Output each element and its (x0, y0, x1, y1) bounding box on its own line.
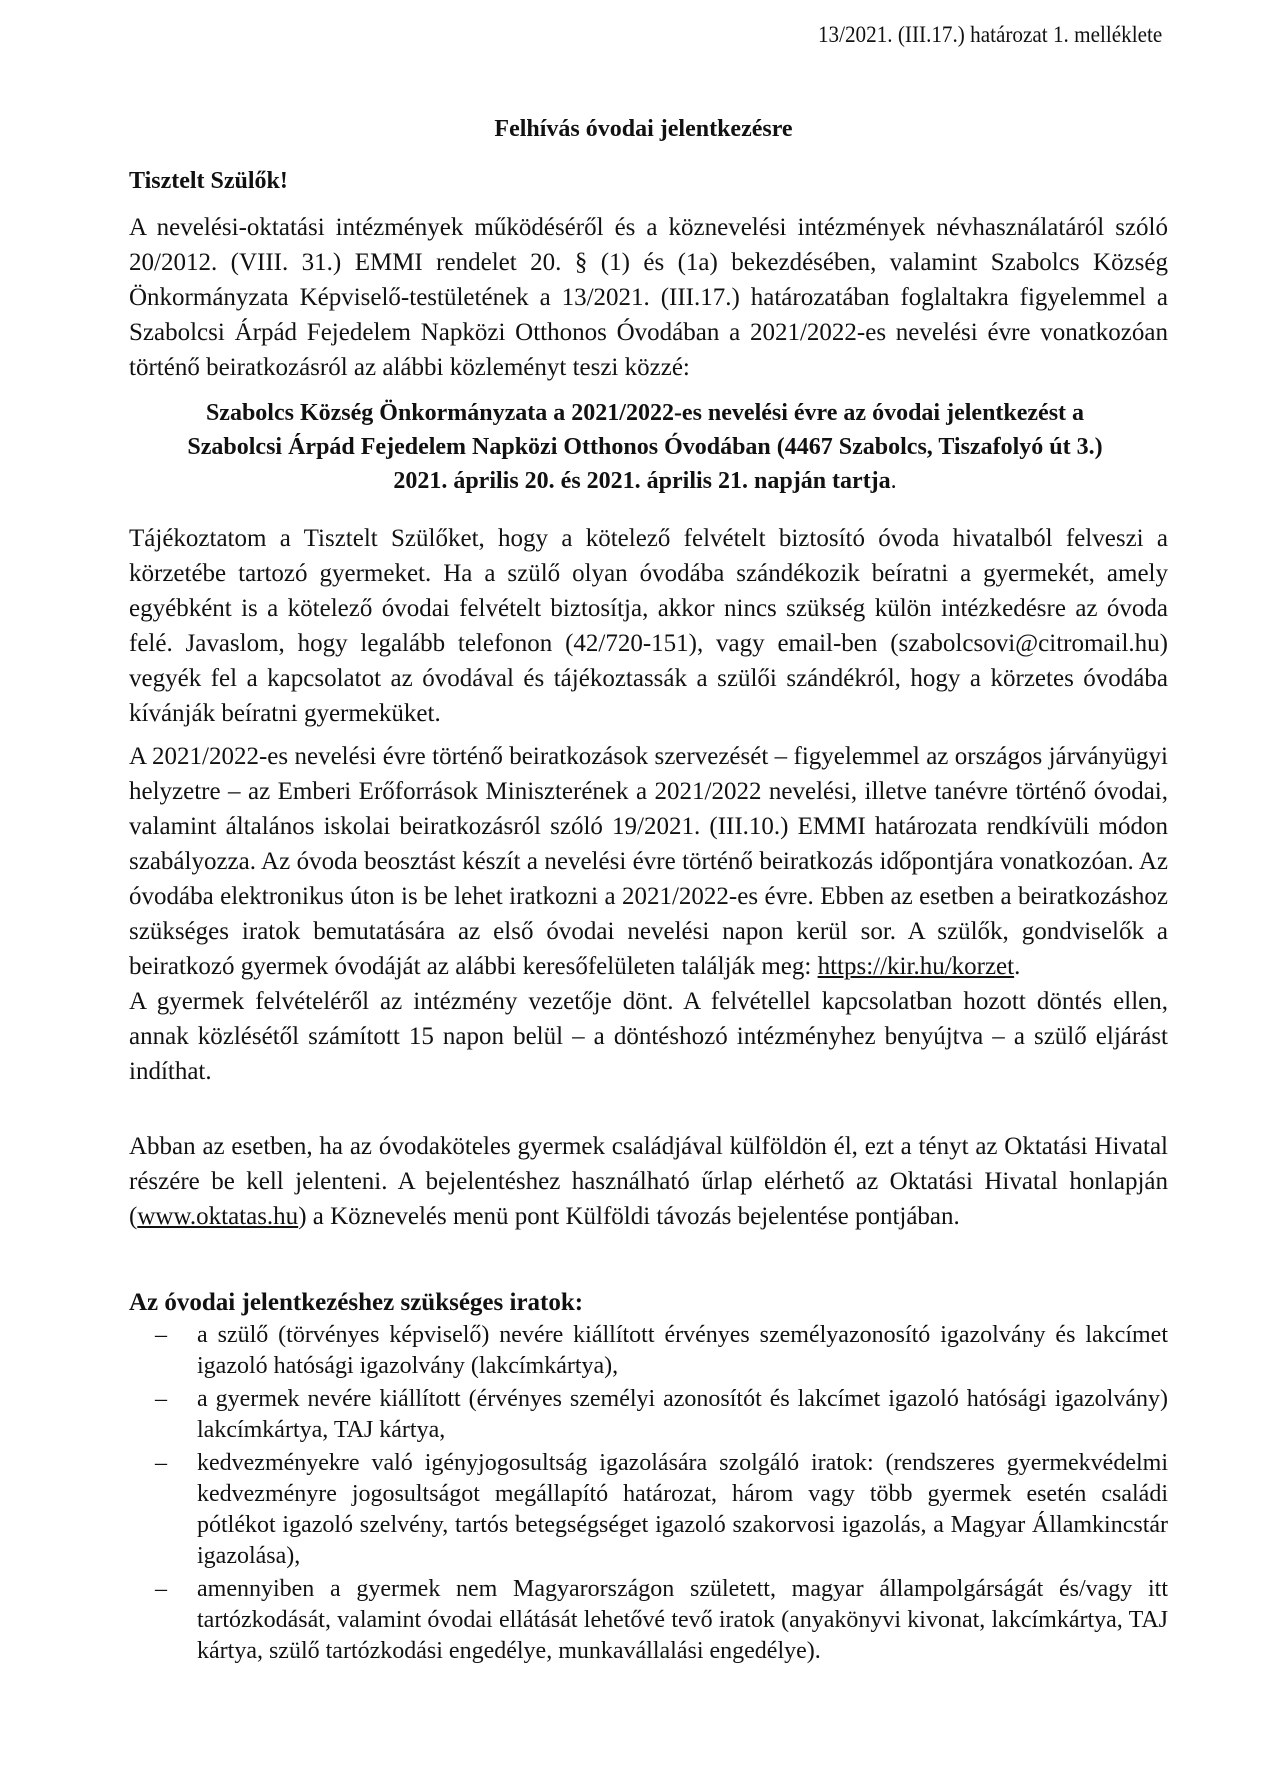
salutation: Tisztelt Szülők! (129, 166, 288, 196)
enrollment-paragraph-text: A 2021/2022-es nevelési évre történő bei… (129, 739, 1168, 984)
abroad-paragraph: Abban az esetben, ha az óvodaköteles gye… (129, 1129, 1168, 1234)
info-paragraph: Tájékoztatom a Tisztelt Szülőket, hogy a… (129, 521, 1168, 731)
decision-paragraph-text: A gyermek felvételéről az intézmény veze… (129, 984, 1168, 1089)
dash-bullet-icon: – (155, 1384, 167, 1415)
announcement-line-2: Szabolcsi Árpád Fejedelem Napközi Otthon… (110, 430, 1180, 464)
announcement-period: . (891, 468, 897, 494)
requirements-item: –a szülő (törvényes képviselő) nevére ki… (129, 1320, 1168, 1382)
intro-paragraph: A nevelési-oktatási intézmények működésé… (129, 210, 1168, 385)
requirements-item: –kedvezményekre való igényjogosultság ig… (129, 1448, 1168, 1572)
enrollment-text: A 2021/2022-es nevelési évre történő bei… (129, 743, 1168, 980)
kir-korzet-link[interactable]: https://kir.hu/korzet (818, 953, 1015, 980)
announcement-block: Szabolcs Község Önkormányzata a 2021/202… (110, 396, 1180, 498)
enrollment-text-end: . (1014, 953, 1020, 980)
requirements-item: –amennyiben a gyermek nem Magyarországon… (129, 1574, 1168, 1667)
announcement-line-3: 2021. április 20. és 2021. április 21. n… (110, 464, 1180, 498)
requirements-item-text: a szülő (törvényes képviselő) nevére kiá… (197, 1322, 1168, 1379)
dash-bullet-icon: – (155, 1448, 167, 1479)
enrollment-paragraph: A 2021/2022-es nevelési évre történő bei… (129, 739, 1168, 1089)
annex-label: 13/2021. (III.17.) határozat 1. mellékle… (818, 20, 1162, 50)
dash-bullet-icon: – (155, 1320, 167, 1351)
info-paragraph-text: Tájékoztatom a Tisztelt Szülőket, hogy a… (129, 521, 1168, 731)
requirements-item-text: kedvezményekre való igényjogosultság iga… (197, 1450, 1168, 1569)
document-title: Felhívás óvodai jelentkezésre (0, 114, 1287, 144)
announcement-line-1: Szabolcs Község Önkormányzata a 2021/202… (110, 396, 1180, 430)
announcement-dates: 2021. április 20. és 2021. április 21. n… (393, 468, 890, 494)
oktatas-link[interactable]: www.oktatas.hu (137, 1203, 298, 1230)
abroad-paragraph-text: Abban az esetben, ha az óvodaköteles gye… (129, 1129, 1168, 1234)
requirements-heading: Az óvodai jelentkezéshez szükséges irato… (129, 1288, 583, 1318)
requirements-item-text: a gyermek nevére kiállított (érvényes sz… (197, 1386, 1168, 1443)
document-page: 13/2021. (III.17.) határozat 1. mellékle… (0, 0, 1287, 1782)
requirements-list: –a szülő (törvényes képviselő) nevére ki… (129, 1320, 1168, 1669)
abroad-text-end: ) a Köznevelés menü pont Külföldi távozá… (298, 1203, 960, 1230)
requirements-item-text: amennyiben a gyermek nem Magyarországon … (197, 1576, 1168, 1664)
intro-paragraph-text: A nevelési-oktatási intézmények működésé… (129, 210, 1168, 385)
dash-bullet-icon: – (155, 1574, 167, 1605)
requirements-item: –a gyermek nevére kiállított (érvényes s… (129, 1384, 1168, 1446)
